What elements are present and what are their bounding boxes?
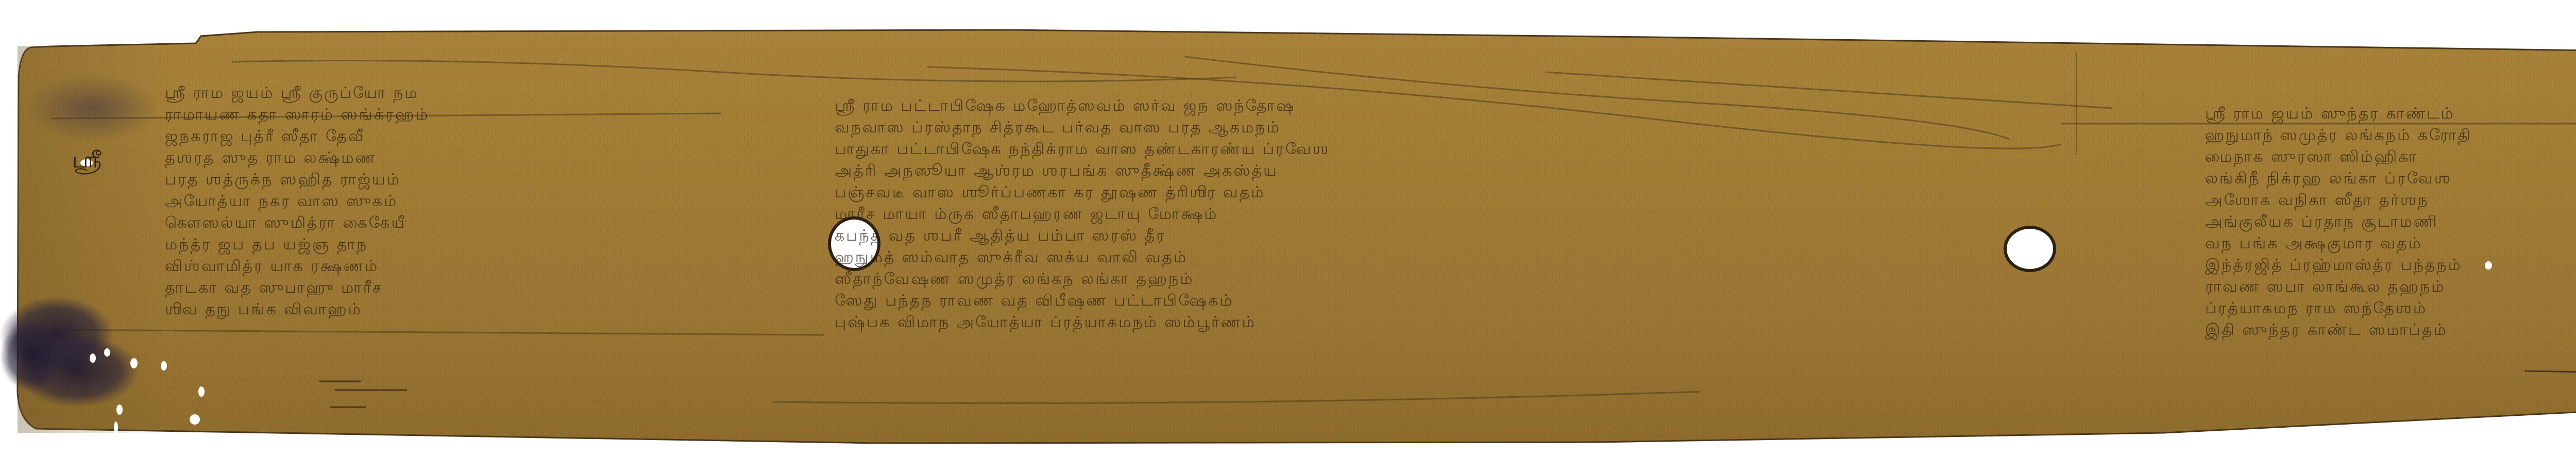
manuscript-scan: ஶ்ரீ ஸ்ரீ ராம ஜயம் ஸ்ரீ குருப்யோ நம ராமா…	[0, 0, 2576, 455]
text-column-left: ஸ்ரீ ராம ஜயம் ஸ்ரீ குருப்யோ நம ராமாயண கத…	[165, 82, 814, 392]
margin-annotation: ஶ்ரீ	[72, 147, 101, 176]
text-column-middle: ஸ்ரீ ராம பட்டாபிஷேக மஹோத்ஸவம் ஸர்வ ஜந ஸந…	[835, 95, 2267, 415]
text-column-right: ஸ்ரீ ராம ஜயம் ஸுந்தர காண்டம் ஹநுமாந் ஸமு…	[2205, 103, 2576, 412]
